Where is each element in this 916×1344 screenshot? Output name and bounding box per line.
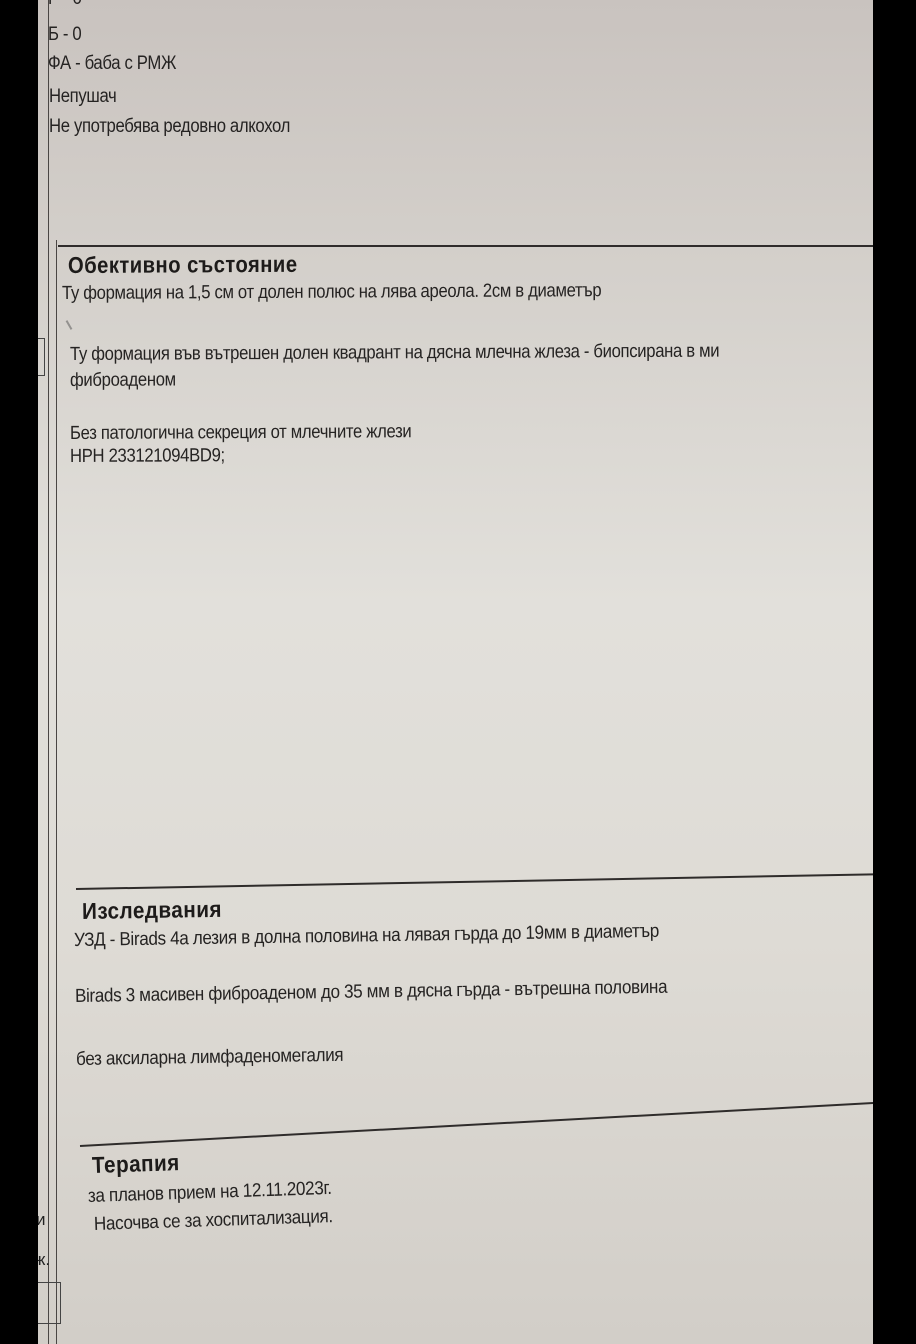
therapy-line: за планов прием на 12.11.2023г.	[88, 1178, 332, 1208]
pen-mark	[66, 320, 73, 330]
margin-checkbox	[38, 338, 45, 376]
objective-line: фиброаденом	[70, 369, 176, 392]
margin-border-line-inner	[56, 240, 57, 1344]
investigation-line: без аксиларна лимфаденомегалия	[76, 1045, 344, 1071]
history-line: Непушач	[49, 86, 116, 108]
history-line: Б - 0	[48, 24, 81, 46]
margin-checkbox	[38, 1282, 61, 1324]
objective-line: Ту формация на 1,5 см от долен полюс на …	[62, 280, 601, 305]
objective-line: НРН 233121094BD9;	[70, 445, 225, 468]
history-line: Не употребява редовно алкохол	[49, 116, 290, 138]
margin-fragment: ж.	[38, 1250, 50, 1270]
margin-border-line	[48, 0, 49, 1344]
section-heading: Обективно състояние	[68, 251, 298, 279]
therapy-line: Насочва се за хоспитализация.	[94, 1206, 333, 1236]
section-heading: Изследвания	[82, 896, 222, 925]
objective-line: Без патологична секреция от млечните жле…	[70, 421, 411, 445]
history-line: Р - 0	[48, 0, 82, 10]
section-heading: Терапия	[92, 1149, 181, 1179]
history-line: ФА - баба с РМЖ	[48, 53, 176, 75]
document-page: и ж. Р - 0 Б - 0 ФА - баба с РМЖ Непушач…	[38, 0, 873, 1344]
section-divider	[76, 873, 873, 890]
objective-line: Ту формация във вътрешен долен квадрант …	[70, 341, 719, 366]
section-divider	[58, 245, 873, 247]
investigation-line: Birads 3 масивен фиброаденом до 35 мм в …	[75, 977, 668, 1008]
section-divider	[80, 1102, 873, 1147]
margin-fragment: и	[38, 1210, 46, 1230]
investigation-line: УЗД - Birads 4а лезия в долна половина н…	[74, 921, 659, 952]
